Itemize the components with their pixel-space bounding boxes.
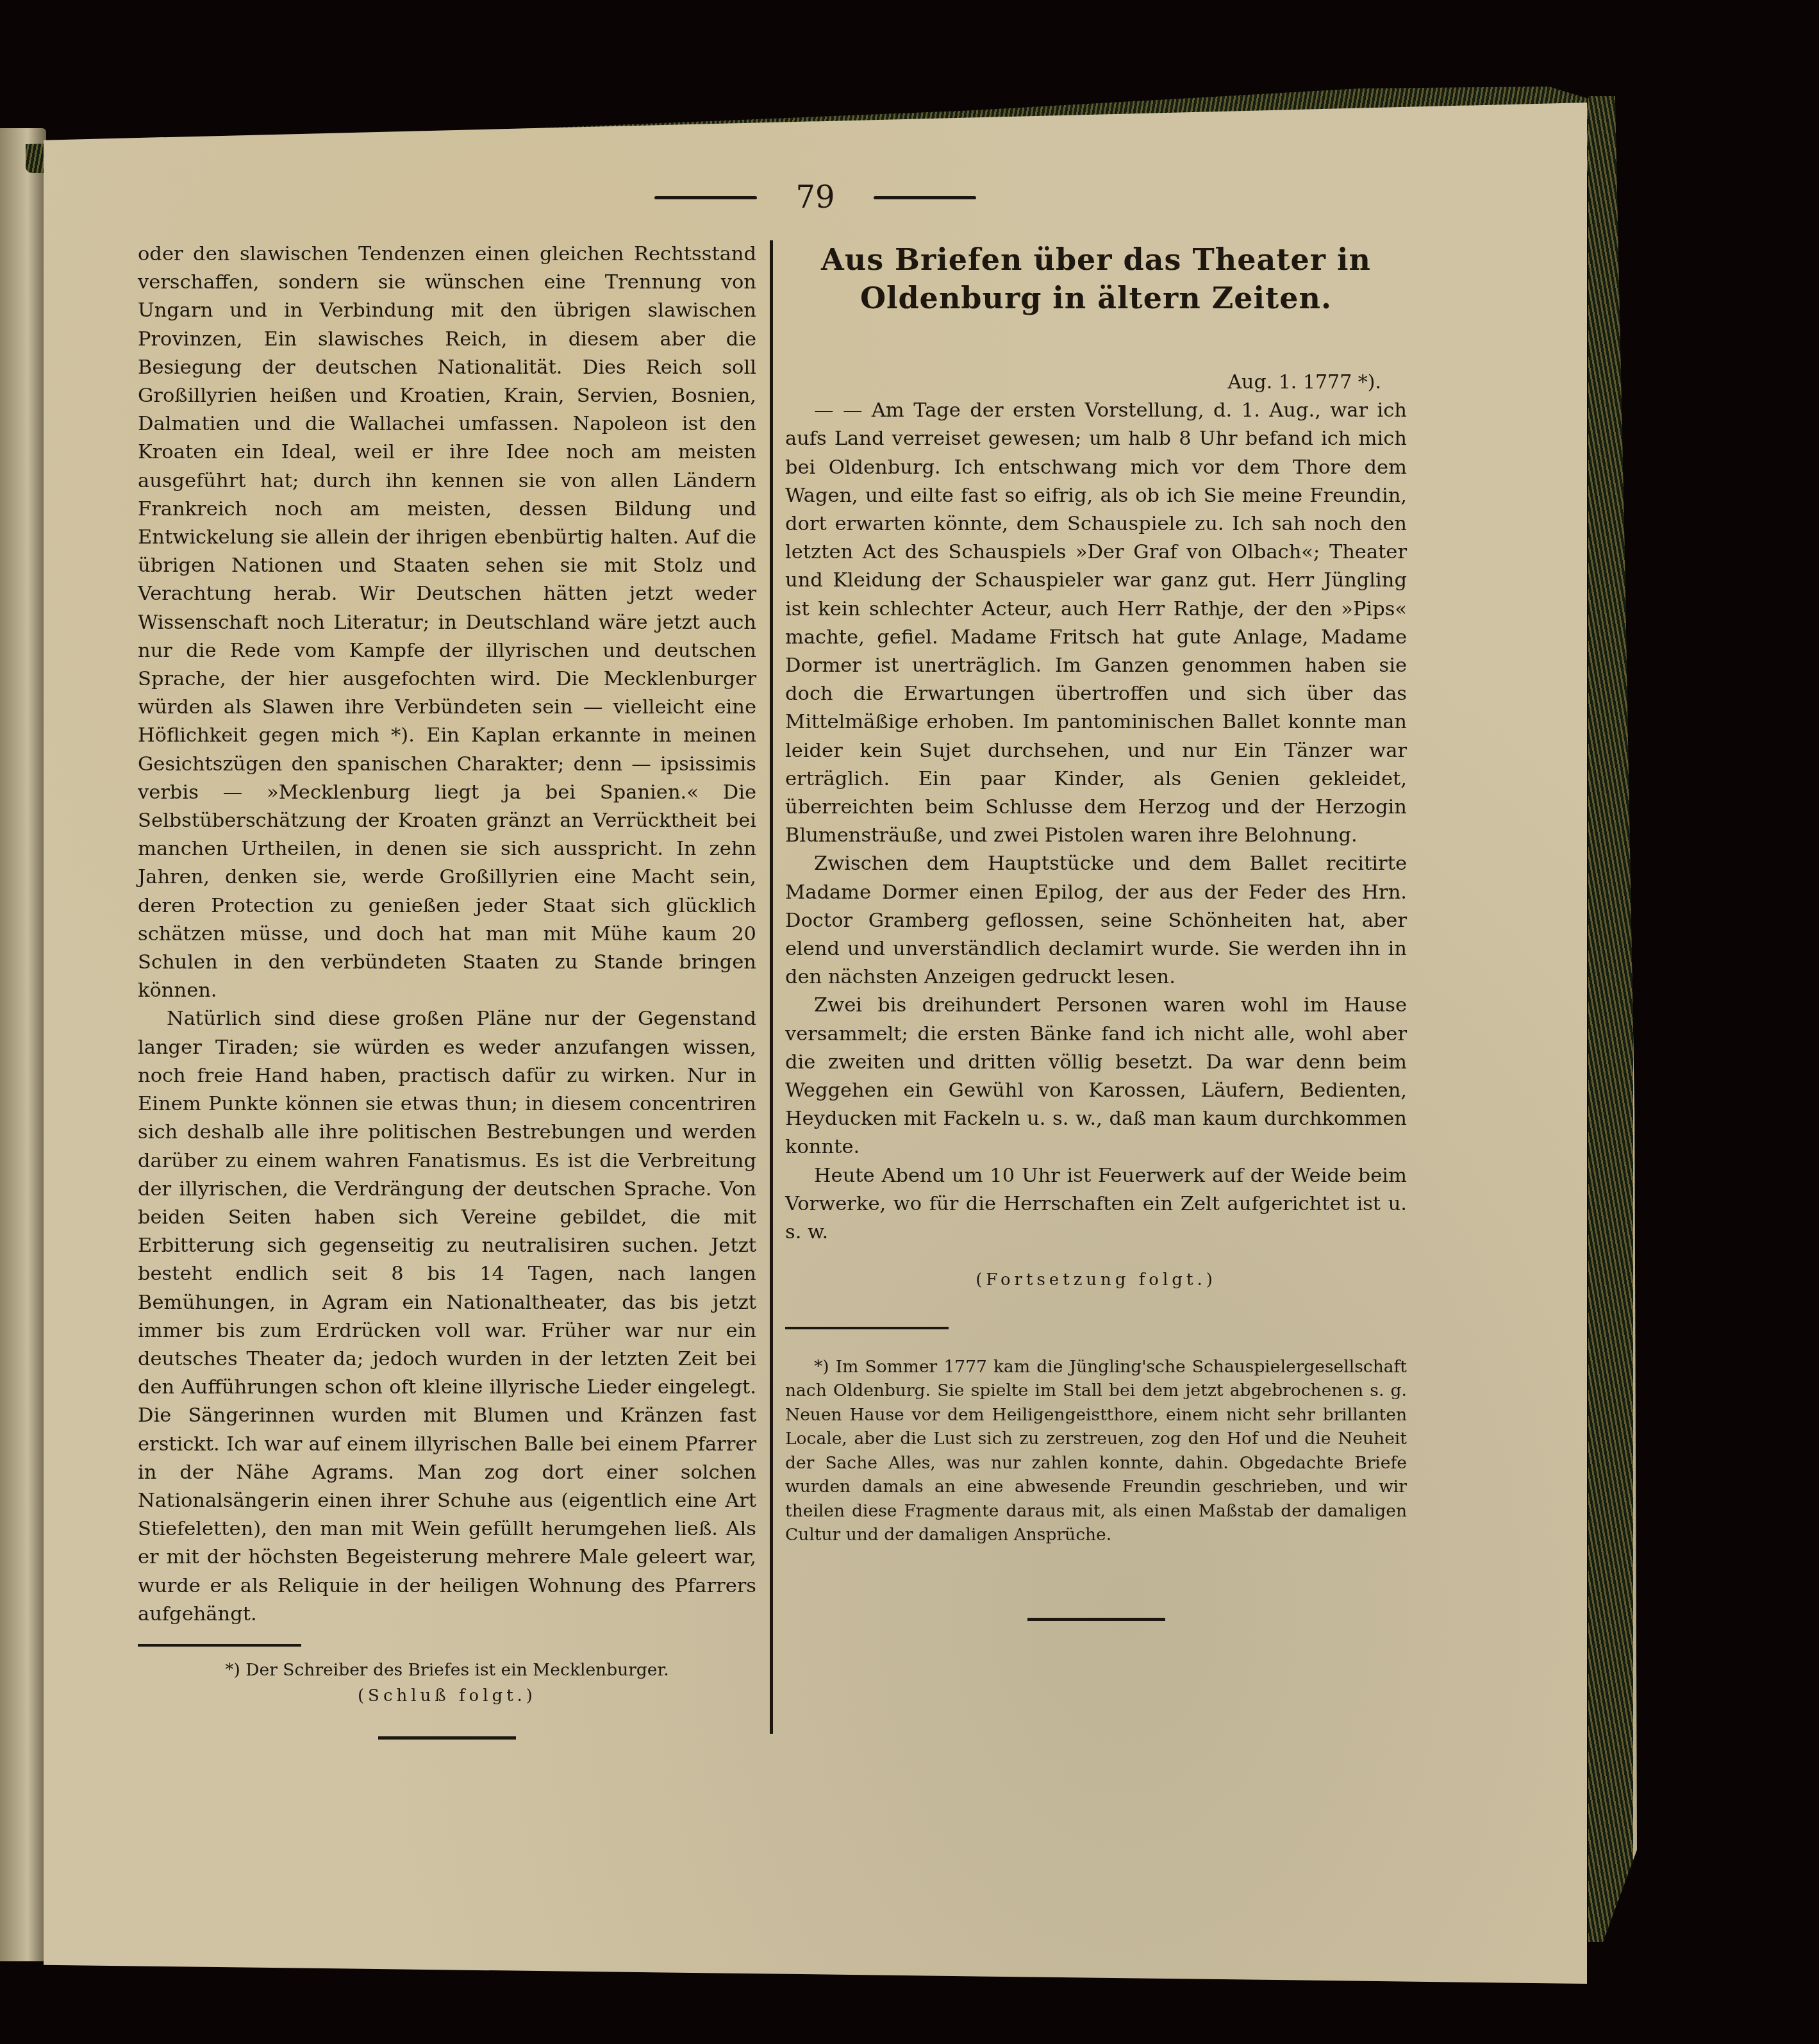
footnote-rule — [138, 1644, 301, 1647]
right-continuation-note: (Fortsetzung folgt.) — [785, 1266, 1407, 1294]
right-footnote: *) Im Sommer 1777 kam die Jüngling'sche … — [785, 1355, 1407, 1547]
book-page: 79 oder den slawischen Tendenzen einen g… — [44, 103, 1587, 1984]
header-rule-left — [654, 196, 757, 199]
header-rule-right — [874, 196, 976, 199]
section-end-rule — [378, 1736, 516, 1740]
previous-page-edge — [0, 128, 46, 1961]
page-number: 79 — [795, 179, 835, 215]
right-paragraph-1: — — Am Tage der ersten Vorstellung, d. 1… — [785, 397, 1407, 850]
left-continuation-note: (Schluß folgt.) — [138, 1682, 756, 1710]
footnote-rule-right — [785, 1327, 949, 1329]
left-footnote: *) Der Schreiber des Briefes ist ein Mec… — [138, 1658, 756, 1683]
column-divider — [770, 240, 773, 1734]
article-title: Aus Briefen über das Theater in Oldenbur… — [785, 240, 1407, 317]
left-paragraph-2: Natürlich sind diese großen Pläne nur de… — [138, 1005, 756, 1628]
right-end-rule — [1027, 1618, 1165, 1621]
page-header: 79 — [44, 179, 1587, 215]
book-cover-fore-edge — [1588, 96, 1637, 1942]
article-dateline: Aug. 1. 1777 *). — [785, 369, 1381, 397]
left-paragraph-1: oder den slawischen Tendenzen einen glei… — [138, 240, 756, 1005]
right-column: Aus Briefen über das Theater in Oldenbur… — [785, 240, 1407, 1621]
right-paragraph-3: Zwei bis dreihundert Personen waren wohl… — [785, 992, 1407, 1161]
right-paragraph-4: Heute Abend um 10 Uhr ist Feuerwerk auf … — [785, 1162, 1407, 1247]
right-paragraph-2: Zwischen dem Hauptstücke und dem Ballet … — [785, 850, 1407, 992]
left-column: oder den slawischen Tendenzen einen glei… — [138, 240, 756, 1740]
